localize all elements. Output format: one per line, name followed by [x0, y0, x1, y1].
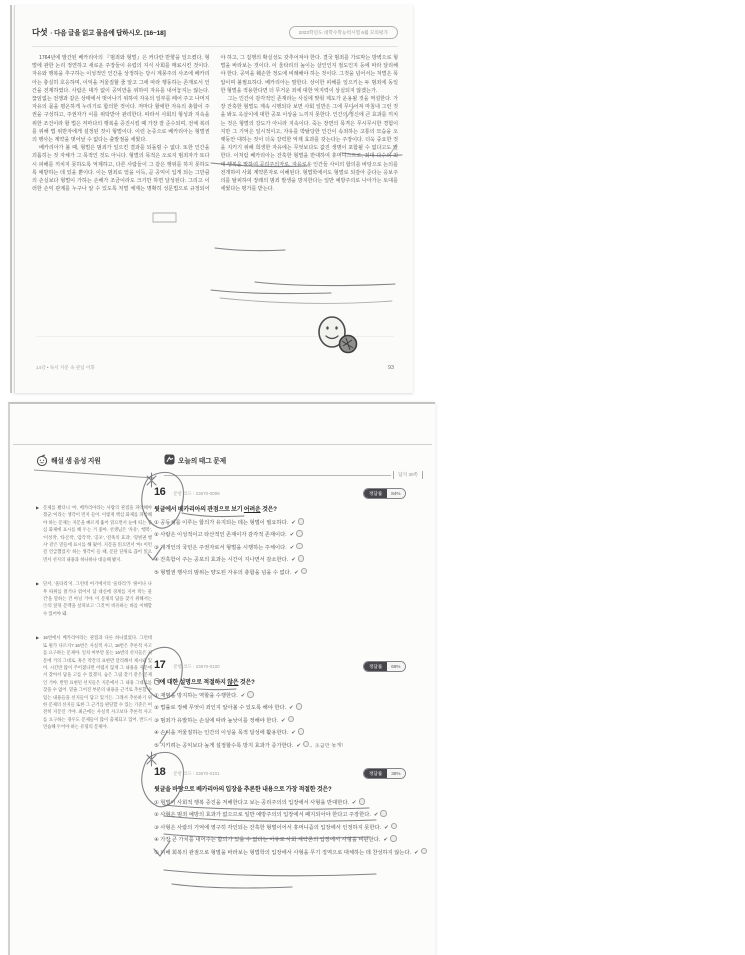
check-mark-icon: ✔ [414, 850, 419, 856]
commentary-text: 문제를 봤더니 '아, 베카리아라는 사람의 관점을 파악해야겠군.'이라는 생… [43, 505, 152, 562]
grading-circle-icon [359, 798, 366, 805]
accuracy-badge: 정답률38% [363, 768, 406, 779]
check-mark-icon: ✔ [294, 570, 299, 576]
smiley-doodle-icon [316, 315, 362, 357]
question-number: 18 [154, 766, 165, 778]
accuracy-value: 84% [387, 489, 405, 498]
passage-paragraph: 그는 인간이 감각적인 존재라는 사실에 맞춰 제도가 운용될 것을 역설한다.… [221, 95, 399, 193]
option-text: ③ 개개인의 국민은 주권자로서 형벌을 시행하는 주체이다. [154, 545, 287, 551]
option-4: ④ 잔혹함이 주는 공포의 효과는 시간이 지나면서 감소한다.✔ [154, 555, 432, 565]
check-mark-icon: ✔ [384, 825, 389, 831]
accuracy-value: 38% [387, 769, 405, 778]
grading-circle-icon [298, 728, 305, 735]
options-list: ① 공동체를 이루는 합의가 유지되는 데는 형벌이 필요하다.✔② 사람은 이… [154, 518, 432, 577]
passage-instruction: 다섯· 다음 글을 읽고 물음에 답하시오. [16~18] [32, 27, 166, 38]
tag-problems-header: 오늘의 태그 문제 답지 30쪽 [164, 454, 423, 479]
option-5: ⑤ 지키려는 공익보다 높게 설정할수록 방지 효과가 증가한다.✔→ 조금만 … [154, 741, 432, 751]
grading-circle-icon [296, 530, 303, 537]
options-list: ① 형벌이 사회적 행복 증진을 저해한다고 보는 공리주의의 입장에서 사형을… [154, 798, 432, 857]
bullet-icon: ▶ [36, 580, 39, 587]
check-mark-icon: ✔ [291, 557, 296, 563]
grading-circle-icon [296, 543, 303, 550]
option-3: ③ 개개인의 국민은 주권자로서 형벌을 시행하는 주체이다.✔ [154, 543, 432, 553]
question-number: 17 [154, 659, 165, 671]
commentary-item: ▶단서, '울타리'지. 그런데 여기에서의 '울타리'가 '풀이나 나무 따위… [36, 580, 152, 617]
question-page: 해설 샘 음성 지원 오늘의 태그 문제 답지 30쪽 [8, 402, 435, 955]
check-mark-icon: ✔ [374, 812, 379, 818]
question-number: 16 [154, 486, 165, 498]
handwritten-note: → 조금만 높게! [315, 742, 343, 751]
audio-support-header: 해설 샘 음성 지원 [36, 454, 154, 466]
accuracy-label: 정답률 [364, 769, 386, 778]
option-text: ⑤ 피해 회복의 관점으로 형벌을 바라보는 형법학의 입장에서 사형을 무기 … [154, 850, 411, 856]
tag-problems-title: 오늘의 태그 문제 [178, 455, 226, 465]
grading-circle-icon [390, 835, 397, 842]
header-divider [32, 46, 398, 47]
question-code: 문항 코드 : 23670-0101 [173, 771, 219, 777]
check-mark-icon: ✔ [289, 705, 294, 711]
instruction-text: 다음 글을 읽고 물음에 답하시오. [16~18] [54, 30, 166, 37]
commentary-item: ▶16번에서 베카리아라는 관점과 다른 하나였었다. 그런데 또 뭔가 다르지… [36, 634, 152, 730]
option-1: ① 공동체를 이루는 합의가 유지되는 데는 형벌이 필요하다.✔ [154, 518, 432, 528]
option-5: ⑤ 피해 회복의 관점으로 형벌을 바라보는 형법학의 입장에서 사형을 무기 … [154, 848, 432, 858]
option-1: ① 재범을 방지하는 역할을 수행한다.✔ [154, 691, 432, 701]
accuracy-label: 정답률 [364, 489, 386, 498]
passage-page-footer: 14강 • 독서 지문 속 관념 어휘 93 [36, 365, 394, 371]
option-2: ② 사형은 범죄 예방의 효과가 없으므로 일반 예방주의의 입장에서 폐지되어… [154, 810, 432, 820]
passage-paragraph: 1764년에 발간된 베카리아의 『범죄와 형벌』은 커다란 반향을 일으켰다.… [32, 54, 210, 144]
option-text: ① 형벌이 사회적 행복 증진을 저해한다고 보는 공리주의의 입장에서 사형을… [154, 800, 349, 806]
option-text: ③ 사형은 사람의 기억에 영구히 각인되는 잔혹한 형벌이어서 휴머니즘의 입… [154, 825, 381, 831]
header-rule: 답지 30쪽 [164, 471, 423, 479]
apple-face-icon [36, 454, 48, 466]
options-list: ① 재범을 방지하는 역할을 수행한다.✔② 법률로 정해 무엇이 죄인지 알아… [154, 691, 432, 750]
exam-source-pill: 2023학년도 대학수학능력시험 6월 모의평가 [289, 26, 398, 39]
grading-circle-icon [296, 703, 303, 710]
passage-page-header: 다섯· 다음 글을 읽고 물음에 답하시오. [16~18] 2023학년도 대… [32, 26, 398, 39]
accuracy-label: 정답률 [364, 662, 386, 671]
commentary-column: ▶문제를 봤더니 '아, 베카리아라는 사람의 관점을 파악해야겠군.'이라는 … [36, 504, 152, 748]
passage-page: 다섯· 다음 글을 읽고 물음에 답하시오. [16~18] 2023학년도 대… [14, 5, 413, 393]
check-mark-icon: ✔ [241, 693, 246, 699]
commentary-text: 16번에서 베카리아라는 관점과 다른 하나였었다. 그런데 또 뭔가 다르지?… [43, 635, 152, 729]
check-mark-icon: ✔ [281, 718, 286, 724]
option-4: ④ 손익을 저울질하는 인간의 이성을 목적 달성에 활용한다.✔ [154, 728, 432, 738]
accuracy-badge: 정답률68% [363, 661, 406, 672]
commentary-text: 단서, '울타리'지. 그런데 여기에서의 '울타리'가 '풀이나 나무 따위를… [43, 581, 152, 616]
passage-text: 1764년에 발간된 베카리아의 『범죄와 형벌』은 커다란 반향을 일으켰다.… [32, 54, 398, 294]
grading-circle-icon [380, 810, 387, 817]
option-text: ④ 잔혹함이 주는 공포의 효과는 시간이 지나면서 감소한다. [154, 557, 288, 563]
accuracy-badge: 정답률84% [363, 488, 406, 499]
grading-circle-icon [298, 518, 305, 525]
tag-hand-icon [164, 454, 175, 465]
option-2: ② 사람은 이성적이고 타산적인 존재이자 감각적 존재이다.✔ [154, 530, 432, 540]
grading-circle-icon [298, 555, 305, 562]
option-3: ③ 사형은 사람의 기억에 영구히 각인되는 잔혹한 형벌이어서 휴머니즘의 입… [154, 823, 432, 833]
option-5: ⑤ 형벌권 행사의 범위는 양도된 자유의 총합을 넘을 수 없다.✔ [154, 568, 432, 578]
option-text: ③ 범죄가 유발하는 손실에 따라 높낮이를 정해야 한다. [154, 718, 278, 724]
commentary-item: ▶문제를 봤더니 '아, 베카리아라는 사람의 관점을 파악해야겠군.'이라는 … [36, 504, 152, 563]
option-text: ④ 손익을 저울질하는 인간의 이성을 목적 달성에 활용한다. [154, 730, 288, 736]
option-text: ② 사형은 범죄 예방의 효과가 없으므로 일반 예방주의의 입장에서 폐지되어… [154, 812, 371, 818]
check-mark-icon: ✔ [291, 520, 296, 526]
option-text: ① 재범을 방지하는 역할을 수행한다. [154, 693, 238, 699]
option-1: ① 형벌이 사회적 행복 증진을 저해한다고 보는 공리주의의 입장에서 사형을… [154, 798, 432, 808]
accuracy-value: 68% [387, 662, 405, 671]
option-text: ⑤ 형벌권 행사의 범위는 양도된 자유의 총합을 넘을 수 없다. [154, 570, 291, 576]
check-mark-icon: ✔ [352, 800, 357, 806]
footer-left: 14강 • 독서 지문 속 관념 어휘 [36, 365, 95, 371]
check-mark-icon: ✔ [291, 730, 296, 736]
content-top-rule [13, 444, 432, 445]
option-text: ② 사람은 이성적이고 타산적인 존재이자 감각적 존재이다. [154, 532, 287, 538]
option-text: ④ 가장 큰 가치를 내어주는 합의가 있을 수 없다는 이유로 사회 계약론의… [154, 837, 380, 843]
page-spine-shadow [10, 5, 12, 393]
answer-page-label: 답지 30쪽 [393, 471, 423, 479]
section-label: 다섯 [32, 28, 47, 37]
option-text: ⑤ 지키려는 공익보다 높게 설정할수록 방지 효과가 증가한다. [154, 743, 293, 749]
check-mark-icon: ✔ [296, 743, 301, 749]
question-block-16: 16문항 코드 : 23670-0099정답률84%윗글에서 베카리아의 관점으… [154, 486, 432, 580]
scanned-workbook-spread: 다섯· 다음 글을 읽고 물음에 답하시오. [16~18] 2023학년도 대… [0, 0, 745, 955]
option-2: ② 법률로 정해 무엇이 죄인지 알아볼 수 있도록 해야 한다.✔ [154, 703, 432, 713]
option-4: ④ 가장 큰 가치를 내어주는 합의가 있을 수 없다는 이유로 사회 계약론의… [154, 835, 432, 845]
bullet-icon: ▶ [36, 634, 39, 641]
check-mark-icon: ✔ [290, 545, 295, 551]
question-block-17: 17문항 코드 : 23670-0100정답률68%㉠에 대한 설명으로 적절하… [154, 659, 432, 753]
question-stem: ㉠에 대한 설명으로 적절하지 않은 것은? [154, 677, 432, 686]
option-text: ② 법률로 정해 무엇이 죄인지 알아볼 수 있도록 해야 한다. [154, 705, 286, 711]
question-stem: 윗글을 바탕으로 베카리아의 입장을 추론한 내용으로 가장 적절한 것은? [154, 784, 432, 793]
dot-separator: · [50, 30, 52, 37]
question-code: 문항 코드 : 23670-0099 [173, 491, 219, 497]
grading-circle-icon [288, 716, 295, 723]
grading-circle-icon [247, 691, 254, 698]
question-page-header: 해설 샘 음성 지원 오늘의 태그 문제 답지 30쪽 [36, 454, 423, 479]
header-slope-line [34, 468, 158, 480]
audio-support-title: 해설 샘 음성 지원 [51, 455, 101, 465]
grading-circle-icon [391, 823, 398, 830]
check-mark-icon: ✔ [383, 837, 388, 843]
check-mark-icon: ✔ [290, 532, 295, 538]
option-3: ③ 범죄가 유발하는 손실에 따라 높낮이를 정해야 한다.✔ [154, 716, 432, 726]
question-block-18: 18문항 코드 : 23670-0101정답률38%윗글을 바탕으로 베카리아의… [154, 766, 432, 860]
question-stem: 윗글에서 베카리아의 관점으로 보기 어려운 것은? [154, 504, 432, 513]
grading-circle-icon [301, 568, 308, 575]
page-number: 93 [388, 365, 394, 371]
option-text: ① 공동체를 이루는 합의가 유지되는 데는 형벌이 필요하다. [154, 520, 288, 526]
question-code: 문항 코드 : 23670-0100 [173, 664, 219, 670]
bullet-icon: ▶ [36, 504, 39, 511]
grading-circle-icon [421, 848, 428, 855]
